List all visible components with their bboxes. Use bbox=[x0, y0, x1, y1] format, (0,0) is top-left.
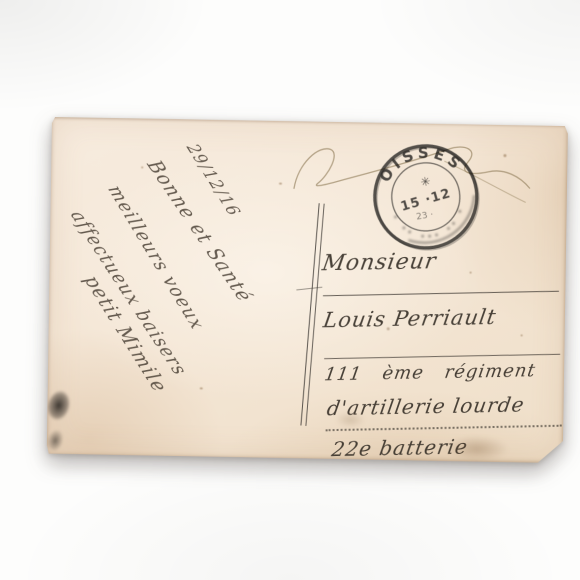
address-line: 22e batterie bbox=[326, 425, 563, 478]
photo-background: { "scene": { "type": "photograph of the … bbox=[0, 0, 580, 580]
foxing-dot bbox=[521, 334, 523, 336]
postcard: 29/12/16 Bonne et Santé meilleurs voeux … bbox=[47, 117, 568, 463]
foxing-dot bbox=[503, 154, 506, 157]
foxing-dot bbox=[141, 166, 143, 168]
postcard-wrapper: 29/12/16 Bonne et Santé meilleurs voeux … bbox=[47, 117, 568, 463]
postmark-stamp: OISSES ✳ 15 ·12 23 · · ·· ··· ·· · bbox=[362, 133, 490, 261]
foxing-dot bbox=[200, 387, 203, 389]
stain-soft bbox=[335, 411, 365, 427]
postmark-bottom-smudge: · ·· ··· ·· · bbox=[386, 201, 474, 251]
address-block: Monsieur Louis Perriault 111 ème régimen… bbox=[322, 241, 563, 525]
divider-tick-mark bbox=[296, 287, 322, 291]
address-line: Secteur 80 bbox=[326, 473, 563, 526]
address-line: Louis Perriault bbox=[323, 292, 560, 360]
postmark-star: ✳ bbox=[419, 174, 431, 189]
foxing-dot bbox=[387, 327, 390, 330]
svg-text:· ·· ··· ·· ·: · ·· ··· ·· · bbox=[386, 201, 474, 251]
address-line: 111 ème régiment bbox=[324, 355, 561, 395]
divider-line bbox=[300, 203, 324, 426]
foxing-dot bbox=[470, 272, 472, 274]
foxing-dot bbox=[279, 183, 282, 185]
ink-smudge bbox=[30, 381, 86, 462]
postmark-year: 23 · bbox=[416, 210, 435, 223]
